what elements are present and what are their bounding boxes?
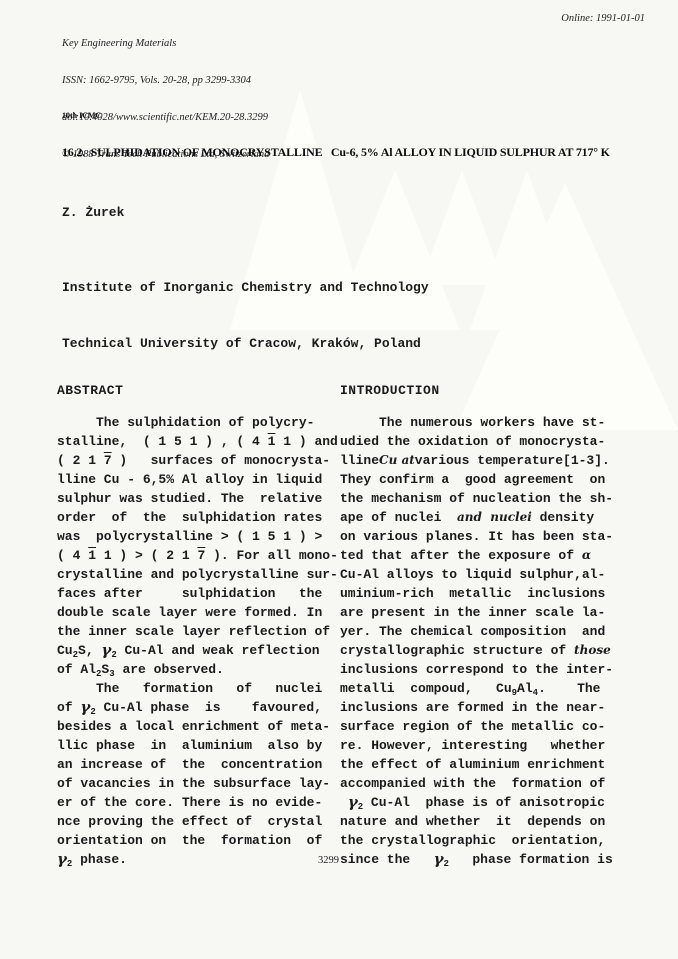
text-line: surface region of the metallic co- — [340, 717, 640, 736]
text-line: ( 4 1 1 ) > ( 2 1 7 ). For all mono- — [57, 546, 353, 565]
text-segment: the effect of aluminium enrichment — [340, 757, 605, 772]
text-segment: . The — [538, 681, 600, 696]
text-line: Cu2S, γ2 Cu-Al and weak reflection — [57, 641, 353, 660]
text-line: crystalline and polycrystalline sur- — [57, 565, 353, 584]
text-line: order of the sulphidation rates — [57, 508, 353, 527]
text-segment: ). For all mono- — [205, 548, 338, 563]
text-segment: stalline, ( 1 5 1 ) , ( 4 — [57, 434, 268, 449]
text-line: ape of nuclei and nuclei density — [340, 508, 640, 527]
text-segment: ( 4 — [57, 548, 88, 563]
text-segment: are present in the inner scale la- — [340, 605, 605, 620]
text-segment: ( 2 1 — [57, 453, 104, 468]
text-segment: 7 — [104, 453, 112, 468]
text-segment: α — [582, 548, 591, 562]
text-segment: 1 ) > ( 2 1 — [96, 548, 197, 563]
text-segment: Cu-Al phase is favoured, — [96, 700, 322, 715]
text-line: er of the core. There is no evide- — [57, 793, 353, 812]
text-line: Cu-Al alloys to liquid sulphur,al- — [340, 565, 640, 584]
text-line: of vacancies in the subsurface lay- — [57, 774, 353, 793]
text-segment: nature and whether it depends on — [340, 814, 605, 829]
page-number: 3299 — [318, 855, 339, 866]
text-line: orientation on the formation of — [57, 831, 353, 850]
text-segment: crystallographic structure of — [340, 643, 574, 658]
text-line: llic phase in aluminium also by — [57, 736, 353, 755]
text-segment: the inner scale layer reflection of — [57, 624, 330, 639]
text-line: the crystallographic orientation, — [340, 831, 640, 850]
text-segment: of — [57, 700, 80, 715]
text-segment: the mechanism of nucleation the sh- — [340, 491, 613, 506]
text-segment: accompanied with the formation of — [340, 776, 605, 791]
text-segment: faces after sulphidation the — [57, 586, 322, 601]
introduction-body: The numerous workers have st-udied the o… — [340, 413, 640, 869]
text-segment: phase. — [72, 852, 127, 867]
text-line: an increase of the concentration — [57, 755, 353, 774]
text-line: nature and whether it depends on — [340, 812, 640, 831]
text-segment: llic phase in aluminium also by — [57, 738, 322, 753]
text-line: ted that after the exposure of α — [340, 546, 640, 565]
text-line: udied the oxidation of monocrysta- — [340, 432, 640, 451]
text-segment: ) surfaces of monocrysta- — [112, 453, 330, 468]
text-segment: Cu-Al phase is of anisotropic — [363, 795, 605, 810]
text-line: llineCu atvarious temperature[1-3]. — [340, 451, 640, 470]
paper-title: 16.2. SULPHIDATION OF MONOCRYSTALLINE Cu… — [62, 145, 662, 160]
text-segment: on various planes. It has been sta- — [340, 529, 613, 544]
text-segment: They confirm a good agreement on — [340, 472, 605, 487]
text-line: are present in the inner scale la- — [340, 603, 640, 622]
abstract-heading: ABSTRACT — [57, 383, 353, 399]
text-segment: of vacancies in the subsurface lay- — [57, 776, 330, 791]
text-segment: since the — [340, 852, 434, 867]
text-line: γ2 Cu-Al phase is of anisotropic — [340, 793, 640, 812]
text-segment: density — [532, 510, 594, 525]
text-segment: yer. The chemical composition and — [340, 624, 605, 639]
affiliation-line: Institute of Inorganic Chemistry and Tec… — [62, 279, 429, 298]
text-line: γ2 phase. — [57, 850, 353, 869]
text-segment: Al — [517, 681, 533, 696]
abstract-body: The sulphidation of polycry-stalline, ( … — [57, 413, 353, 869]
text-segment: the crystallographic orientation, — [340, 833, 605, 848]
text-segment: those — [574, 643, 611, 657]
text-segment: The formation of nuclei — [57, 681, 322, 696]
text-line: of γ2 Cu-Al phase is favoured, — [57, 698, 353, 717]
scanned-paper-page: Key Engineering Materials ISSN: 1662-979… — [0, 0, 678, 959]
text-line: stalline, ( 1 5 1 ) , ( 4 1 1 ) and — [57, 432, 353, 451]
text-segment: order of the sulphidation rates — [57, 510, 322, 525]
introduction-column: INTRODUCTION The numerous workers have s… — [340, 383, 640, 869]
journal-header-block: Key Engineering Materials ISSN: 1662-979… — [62, 13, 269, 187]
text-line: on various planes. It has been sta- — [340, 527, 640, 546]
text-line: the inner scale layer reflection of — [57, 622, 353, 641]
text-segment: inclusions correspond to the inter- — [340, 662, 613, 677]
text-line: of Al2S3 are observed. — [57, 660, 353, 679]
text-segment: lline Cu - 6,5% Al alloy in liquid — [57, 472, 322, 487]
journal-issn: ISSN: 1662-9795, Vols. 20-28, pp 3299-33… — [62, 75, 269, 87]
text-segment: and nuclei — [457, 510, 532, 524]
text-line: The formation of nuclei — [57, 679, 353, 698]
gamma-symbol: γ — [348, 793, 358, 811]
text-segment: nce proving the effect of crystal — [57, 814, 322, 829]
gamma-symbol: γ — [434, 850, 444, 868]
text-segment: uminium-rich metallic inclusions — [340, 586, 605, 601]
abstract-column: ABSTRACT The sulphidation of polycry-sta… — [57, 383, 353, 869]
text-segment: 1 — [88, 548, 96, 563]
gamma-symbol: γ — [101, 641, 111, 659]
text-segment: crystalline and polycrystalline sur- — [57, 567, 338, 582]
text-line: double scale layer were formed. In — [57, 603, 353, 622]
online-date: Online: 1991-01-01 — [561, 13, 645, 24]
text-segment: inclusions are formed in the near- — [340, 700, 605, 715]
text-segment: phase formation is — [449, 852, 613, 867]
text-segment: Cu — [57, 643, 73, 658]
text-segment: sulphur was studied. The relative — [57, 491, 322, 506]
text-segment: 1 ) and — [275, 434, 337, 449]
text-line: since the γ2 phase formation is — [340, 850, 640, 869]
text-segment: various temperature[1-3]. — [415, 453, 610, 468]
text-segment: re. However, interesting whether — [340, 738, 605, 753]
text-segment: surface region of the metallic co- — [340, 719, 605, 734]
text-line: the mechanism of nucleation the sh- — [340, 489, 640, 508]
text-segment: an increase of the concentration — [57, 757, 322, 772]
text-segment: ape of nuclei — [340, 510, 457, 525]
text-line: yer. The chemical composition and — [340, 622, 640, 641]
text-line: The numerous workers have st- — [340, 413, 640, 432]
text-segment: Cu-Al alloys to liquid sulphur,al- — [340, 567, 605, 582]
text-segment — [340, 795, 348, 810]
text-line: besides a local enrichment of meta- — [57, 717, 353, 736]
text-segment: besides a local enrichment of meta- — [57, 719, 330, 734]
text-line: re. However, interesting whether — [340, 736, 640, 755]
text-line: nce proving the effect of crystal — [57, 812, 353, 831]
text-segment: orientation on the formation of — [57, 833, 322, 848]
text-segment: ted that after the exposure of — [340, 548, 582, 563]
author-name: Z. Żurek — [62, 205, 124, 220]
text-segment: The numerous workers have st- — [340, 415, 605, 430]
text-line: faces after sulphidation the — [57, 584, 353, 603]
text-segment: double scale layer were formed. In — [57, 605, 322, 620]
text-line: accompanied with the formation of — [340, 774, 640, 793]
text-segment: of Al — [57, 662, 96, 677]
affiliation-line: Technical University of Cracow, Kraków, … — [62, 335, 429, 354]
text-segment: lline — [340, 453, 379, 468]
gamma-symbol: γ — [57, 850, 67, 868]
text-segment: The sulphidation of polycry- — [57, 415, 314, 430]
text-line: They confirm a good agreement on — [340, 470, 640, 489]
text-segment: S, — [78, 643, 101, 658]
text-line: was polycrystalline > ( 1 5 1 ) > — [57, 527, 353, 546]
text-line: sulphur was studied. The relative — [57, 489, 353, 508]
text-segment: Cu at — [379, 453, 415, 467]
text-segment: udied the oxidation of monocrysta- — [340, 434, 605, 449]
text-segment: was polycrystalline > ( 1 5 1 ) > — [57, 529, 322, 544]
gamma-symbol: γ — [80, 698, 90, 716]
text-line: ( 2 1 7 ) surfaces of monocrysta- — [57, 451, 353, 470]
text-line: uminium-rich metallic inclusions — [340, 584, 640, 603]
affiliation-block: Institute of Inorganic Chemistry and Tec… — [62, 242, 429, 390]
text-segment: are observed. — [115, 662, 224, 677]
text-segment: Cu-Al and weak reflection — [117, 643, 320, 658]
text-line: lline Cu - 6,5% Al alloy in liquid — [57, 470, 353, 489]
text-line: crystallographic structure of those — [340, 641, 640, 660]
journal-title: Key Engineering Materials — [62, 38, 269, 50]
text-line: inclusions correspond to the inter- — [340, 660, 640, 679]
text-segment: er of the core. There is no evide- — [57, 795, 322, 810]
text-segment: metalli compoud, Cu — [340, 681, 512, 696]
text-line: The sulphidation of polycry- — [57, 413, 353, 432]
text-line: inclusions are formed in the near- — [340, 698, 640, 717]
introduction-heading: INTRODUCTION — [340, 383, 640, 399]
conference-label: 10th ICMC — [62, 111, 101, 120]
text-line: the effect of aluminium enrichment — [340, 755, 640, 774]
text-line: metalli compoud, Cu9Al4. The — [340, 679, 640, 698]
